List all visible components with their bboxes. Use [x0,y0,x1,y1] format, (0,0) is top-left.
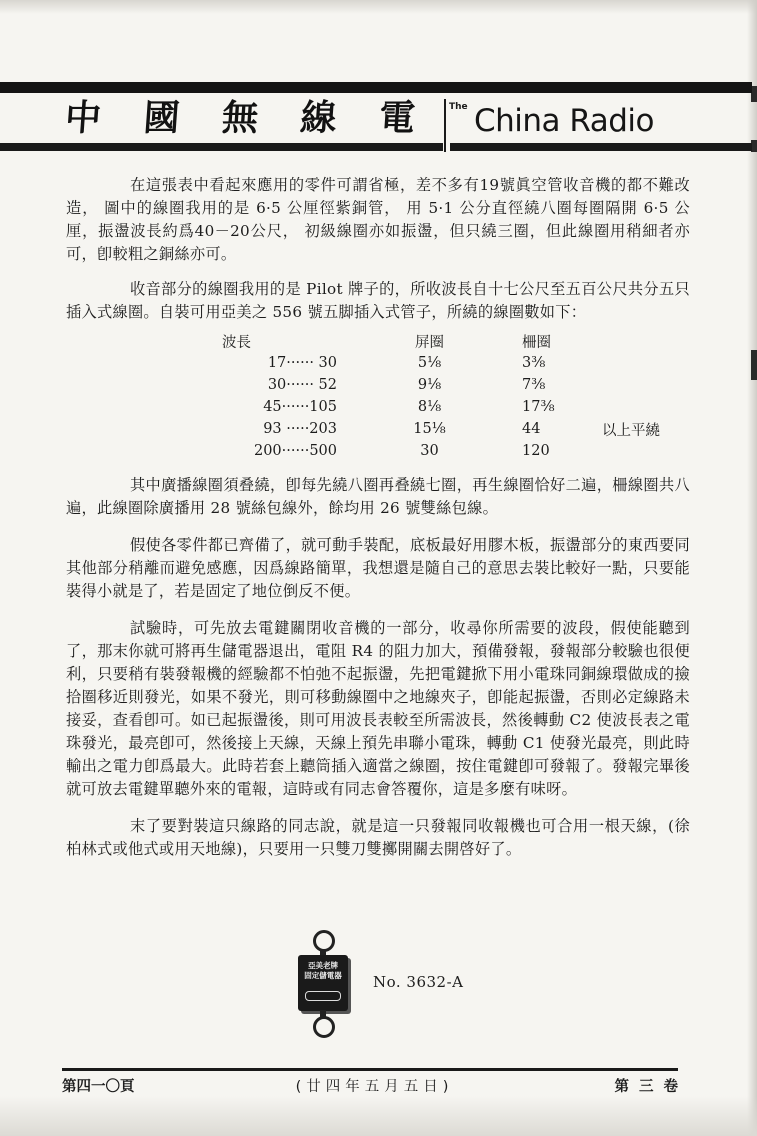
cell-note: 以上平繞 [592,418,692,440]
cell-plate-coil: 15⅛ [367,418,492,440]
table-row: 45······105 8⅛ 17⅜ [186,396,692,418]
header-wavelength: 波長 [186,330,367,352]
paragraph: 其中廣播線圈須叠繞，卽每先繞八圈再叠繞七圈，再生線圈恰好二遍，柵線圈共八遍，此線… [66,474,690,520]
capacitor-label: 亞美老牌 固定儲電器 [302,961,344,981]
terminal-ring-icon [313,1016,335,1038]
table-header-row: 波長 屏圈 柵圈 [186,330,692,352]
masthead-divider [444,99,446,152]
paragraph: 在這張表中看起來應用的零件可謂省極，差不多有19號眞空管收音機的都不難改造， 圖… [66,174,690,266]
table-row: 200······500 30 120 [186,440,692,462]
cell-grid-coil: 120 [492,440,592,462]
masthead-rule-top [0,82,752,93]
title-char: 電 [372,96,421,142]
paragraph: 試驗時，可先放去電鍵關閉收音機的一部分，收尋你所需要的波段，假使能聽到了，那末你… [66,617,690,801]
cell-note [592,440,692,462]
capacitor-label-line: 固定儲電器 [302,971,344,981]
capacitor-body: 亞美老牌 固定儲電器 [298,955,348,1011]
masthead-title-the: The [449,102,468,112]
table-row: 93 ·····203 15⅛ 44 以上平繞 [186,418,692,440]
page-footer: 第四一〇頁 (廿四年五月五日) 第三卷 [62,1075,678,1096]
cell-wavelength: 93 ·····203 [186,418,367,440]
volume-number: 第三卷 [614,1075,688,1096]
capacitor-illustration: 亞美老牌 固定儲電器 [290,930,360,1040]
masthead-rule-bottom-left [0,143,443,151]
cell-plate-coil: 8⅛ [367,396,492,418]
title-char: 中 [58,96,107,142]
cell-wavelength: 45······105 [186,396,367,418]
page-edge-shadow-right [747,0,757,1136]
binding-mark [751,350,757,380]
table-row: 17······ 30 5⅛ 3⅜ [186,352,692,374]
page-edge-shadow-bottom [0,1096,757,1136]
capacitor-nameplate [305,991,341,1001]
masthead: 中 國 無 線 電 The China Radio [0,82,757,152]
cell-grid-coil: 44 [492,418,592,440]
model-number: No. 3632-A [373,973,464,991]
title-char: 線 [294,96,343,142]
paragraph: 收音部分的線圈我用的是 Pilot 牌子的，所收波長自十七公尺至五百公尺共分五只… [66,278,690,324]
header-plate-coil: 屏圈 [367,330,492,352]
issue-date: (廿四年五月五日) [296,1075,454,1096]
page-number: 第四一〇頁 [62,1075,135,1096]
title-char: 無 [215,96,264,142]
article-body: 在這張表中看起來應用的零件可謂省極，差不多有19號眞空管收音機的都不難改造， 圖… [66,174,690,861]
cell-grid-coil: 7⅜ [492,374,592,396]
cell-note [592,396,692,418]
table-row: 30······ 52 9⅛ 7⅜ [186,374,692,396]
header-note [592,330,692,352]
paragraph: 末了要對裝這只線路的同志說，就是這一只發報同收報機也可合用一根天線，(徐柏林式或… [66,815,690,861]
cell-grid-coil: 17⅜ [492,396,592,418]
page-edge-shadow-top [0,0,757,14]
cell-note [592,374,692,396]
paragraph: 假使各零件都已齊備了，就可動手裝配，底板最好用膠木板，振盪部分的東西要同其他部分… [66,534,690,603]
cell-plate-coil: 9⅛ [367,374,492,396]
capacitor-label-line: 亞美老牌 [302,961,344,971]
header-grid-coil: 柵圈 [492,330,592,352]
cell-wavelength: 30······ 52 [186,374,367,396]
masthead-rule-bottom-right [450,143,752,151]
masthead-title-chinese: 中 國 無 線 電 [58,96,421,142]
cell-wavelength: 200······500 [186,440,367,462]
cell-plate-coil: 30 [367,440,492,462]
cell-plate-coil: 5⅛ [367,352,492,374]
cell-note [592,352,692,374]
footer-rule [62,1068,678,1071]
cell-grid-coil: 3⅜ [492,352,592,374]
cell-wavelength: 17······ 30 [186,352,367,374]
title-char: 國 [137,96,186,142]
coil-winding-table: 波長 屏圈 柵圈 17······ 30 5⅛ 3⅜ 30······ 52 9… [186,330,692,462]
masthead-title-english: China Radio [474,102,654,140]
